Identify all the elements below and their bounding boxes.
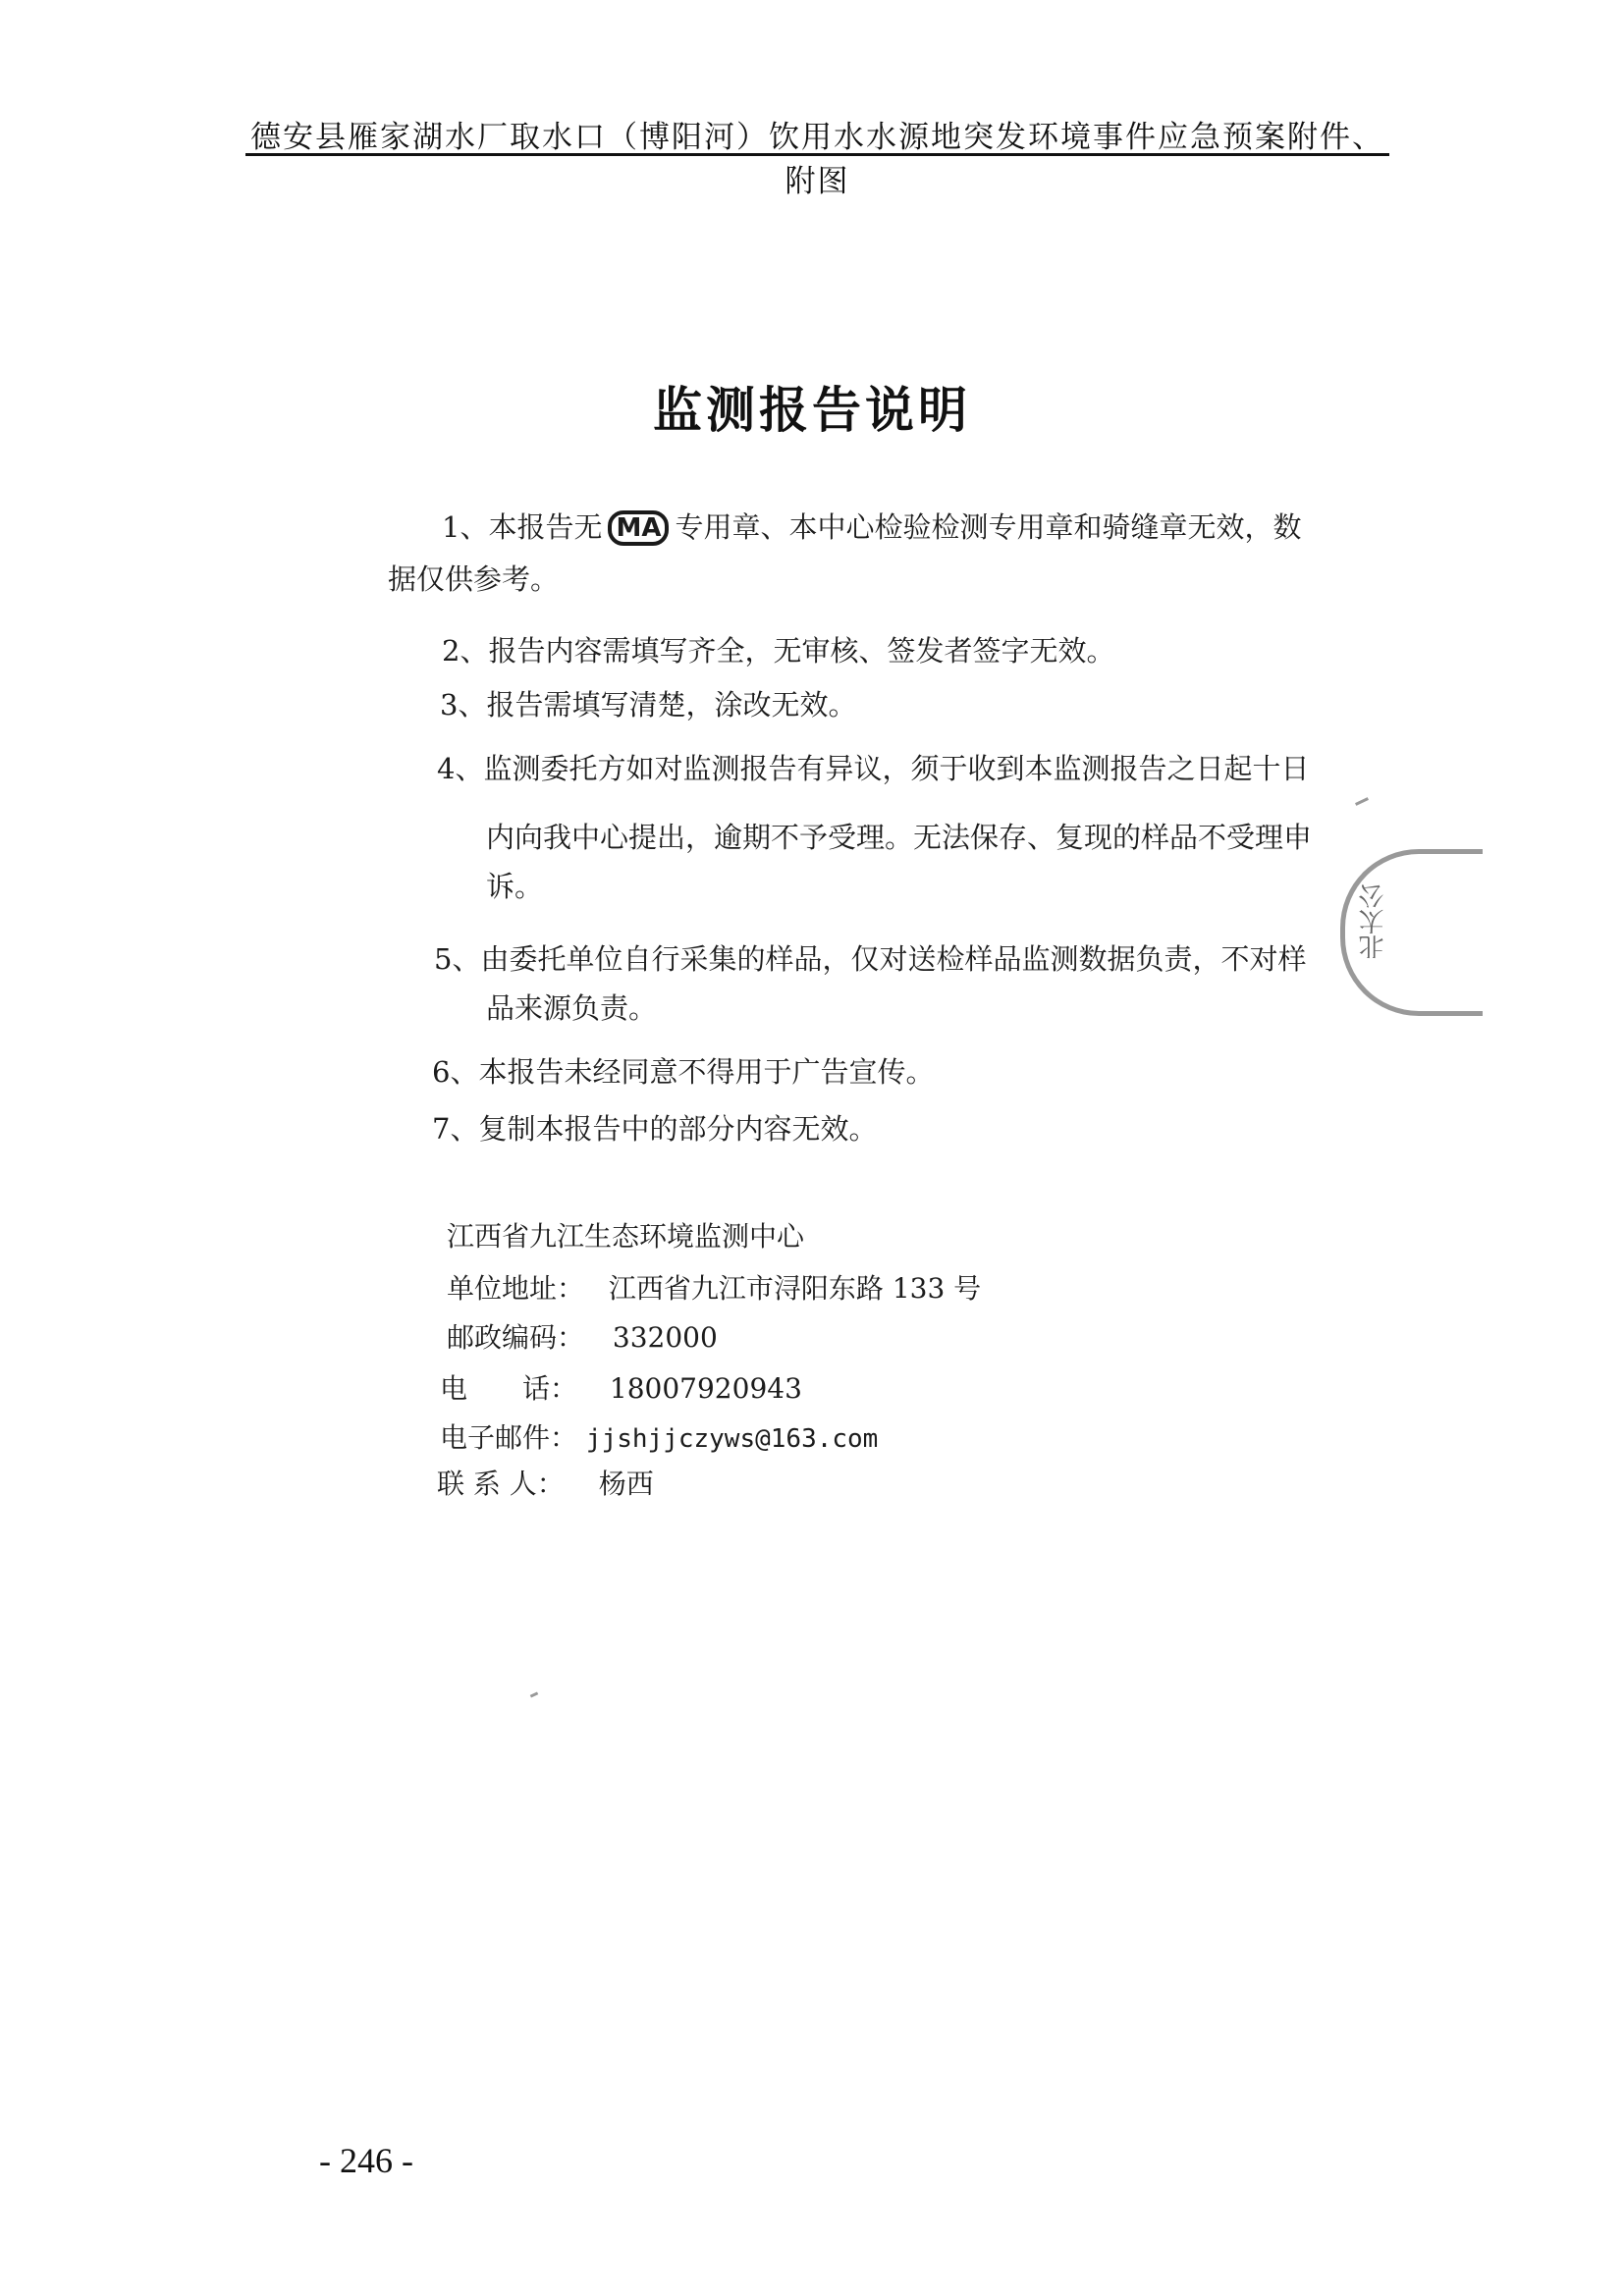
phone-label: 电 话： [440, 1372, 577, 1405]
postcode-value: 332000 [613, 1321, 718, 1354]
list-item-5-cont: 品来源负责。 [486, 993, 657, 1023]
list-item-4: 4、监测委托方如对监测报告有异议，须于收到本监测报告之日起十日 [437, 754, 1309, 783]
email-value: jjshjjczyws@163.com [586, 1424, 878, 1454]
email-label: 电子邮件： [440, 1421, 577, 1454]
scan-speck [530, 1691, 539, 1697]
list-item-3: 3、报告需填写清楚，涂改无效。 [440, 690, 856, 720]
org-name: 江西省九江生态环境监测中心 [447, 1222, 804, 1252]
address-label: 单位地址： [447, 1272, 584, 1305]
email-row: 电子邮件： jjshjjczyws@163.com [440, 1423, 878, 1454]
list-item-5: 5、由委托单位自行采集的样品，仅对送检样品监测数据负责，不对样 [434, 944, 1306, 974]
list-item-4-cont: 内向我中心提出，逾期不予受理。无法保存、复现的样品不受理申 [486, 823, 1312, 852]
phone-row: 电 话： 18007920943 [440, 1374, 802, 1404]
seal-stamp-text: 北太公 [1355, 883, 1391, 960]
item-text: 专用章、本中心检验检测专用章和骑缝章无效，数 [675, 510, 1301, 544]
cma-mark-icon: MA [608, 510, 669, 546]
address-row: 单位地址： 江西省九江市浔阳东路 133 号 [447, 1274, 981, 1304]
list-item-6: 6、本报告未经同意不得用于广告宣传。 [432, 1057, 934, 1087]
item-text: 1、本报告无 [442, 510, 602, 544]
running-header: 德安县雁家湖水厂取水口（博阳河）饮用水水源地突发环境事件应急预案附件、附图 [245, 112, 1389, 200]
postcode-row: 邮政编码： 332000 [447, 1323, 718, 1353]
list-item-7: 7、复制本报告中的部分内容无效。 [432, 1114, 877, 1144]
list-item-1: 1、本报告无MA专用章、本中心检验检测专用章和骑缝章无效，数 [442, 510, 1301, 546]
phone-value: 18007920943 [610, 1372, 802, 1405]
postcode-label: 邮政编码： [447, 1321, 584, 1354]
address-value: 江西省九江市浔阳东路 133 号 [609, 1272, 981, 1305]
list-item-1-cont: 据仅供参考。 [388, 564, 559, 594]
list-item-4-cont2: 诉。 [486, 872, 543, 901]
header-divider [245, 153, 1389, 156]
list-item-2: 2、报告内容需填写齐全，无审核、签发者签字无效。 [442, 636, 1114, 666]
page-number: - 246 - [319, 2140, 413, 2181]
contact-person-value: 杨西 [599, 1468, 654, 1500]
contact-person-row: 联 系 人： 杨西 [437, 1469, 654, 1499]
contact-person-label: 联 系 人： [437, 1468, 565, 1500]
scan-speck [1355, 797, 1369, 806]
page-title: 监测报告说明 [0, 371, 1624, 442]
